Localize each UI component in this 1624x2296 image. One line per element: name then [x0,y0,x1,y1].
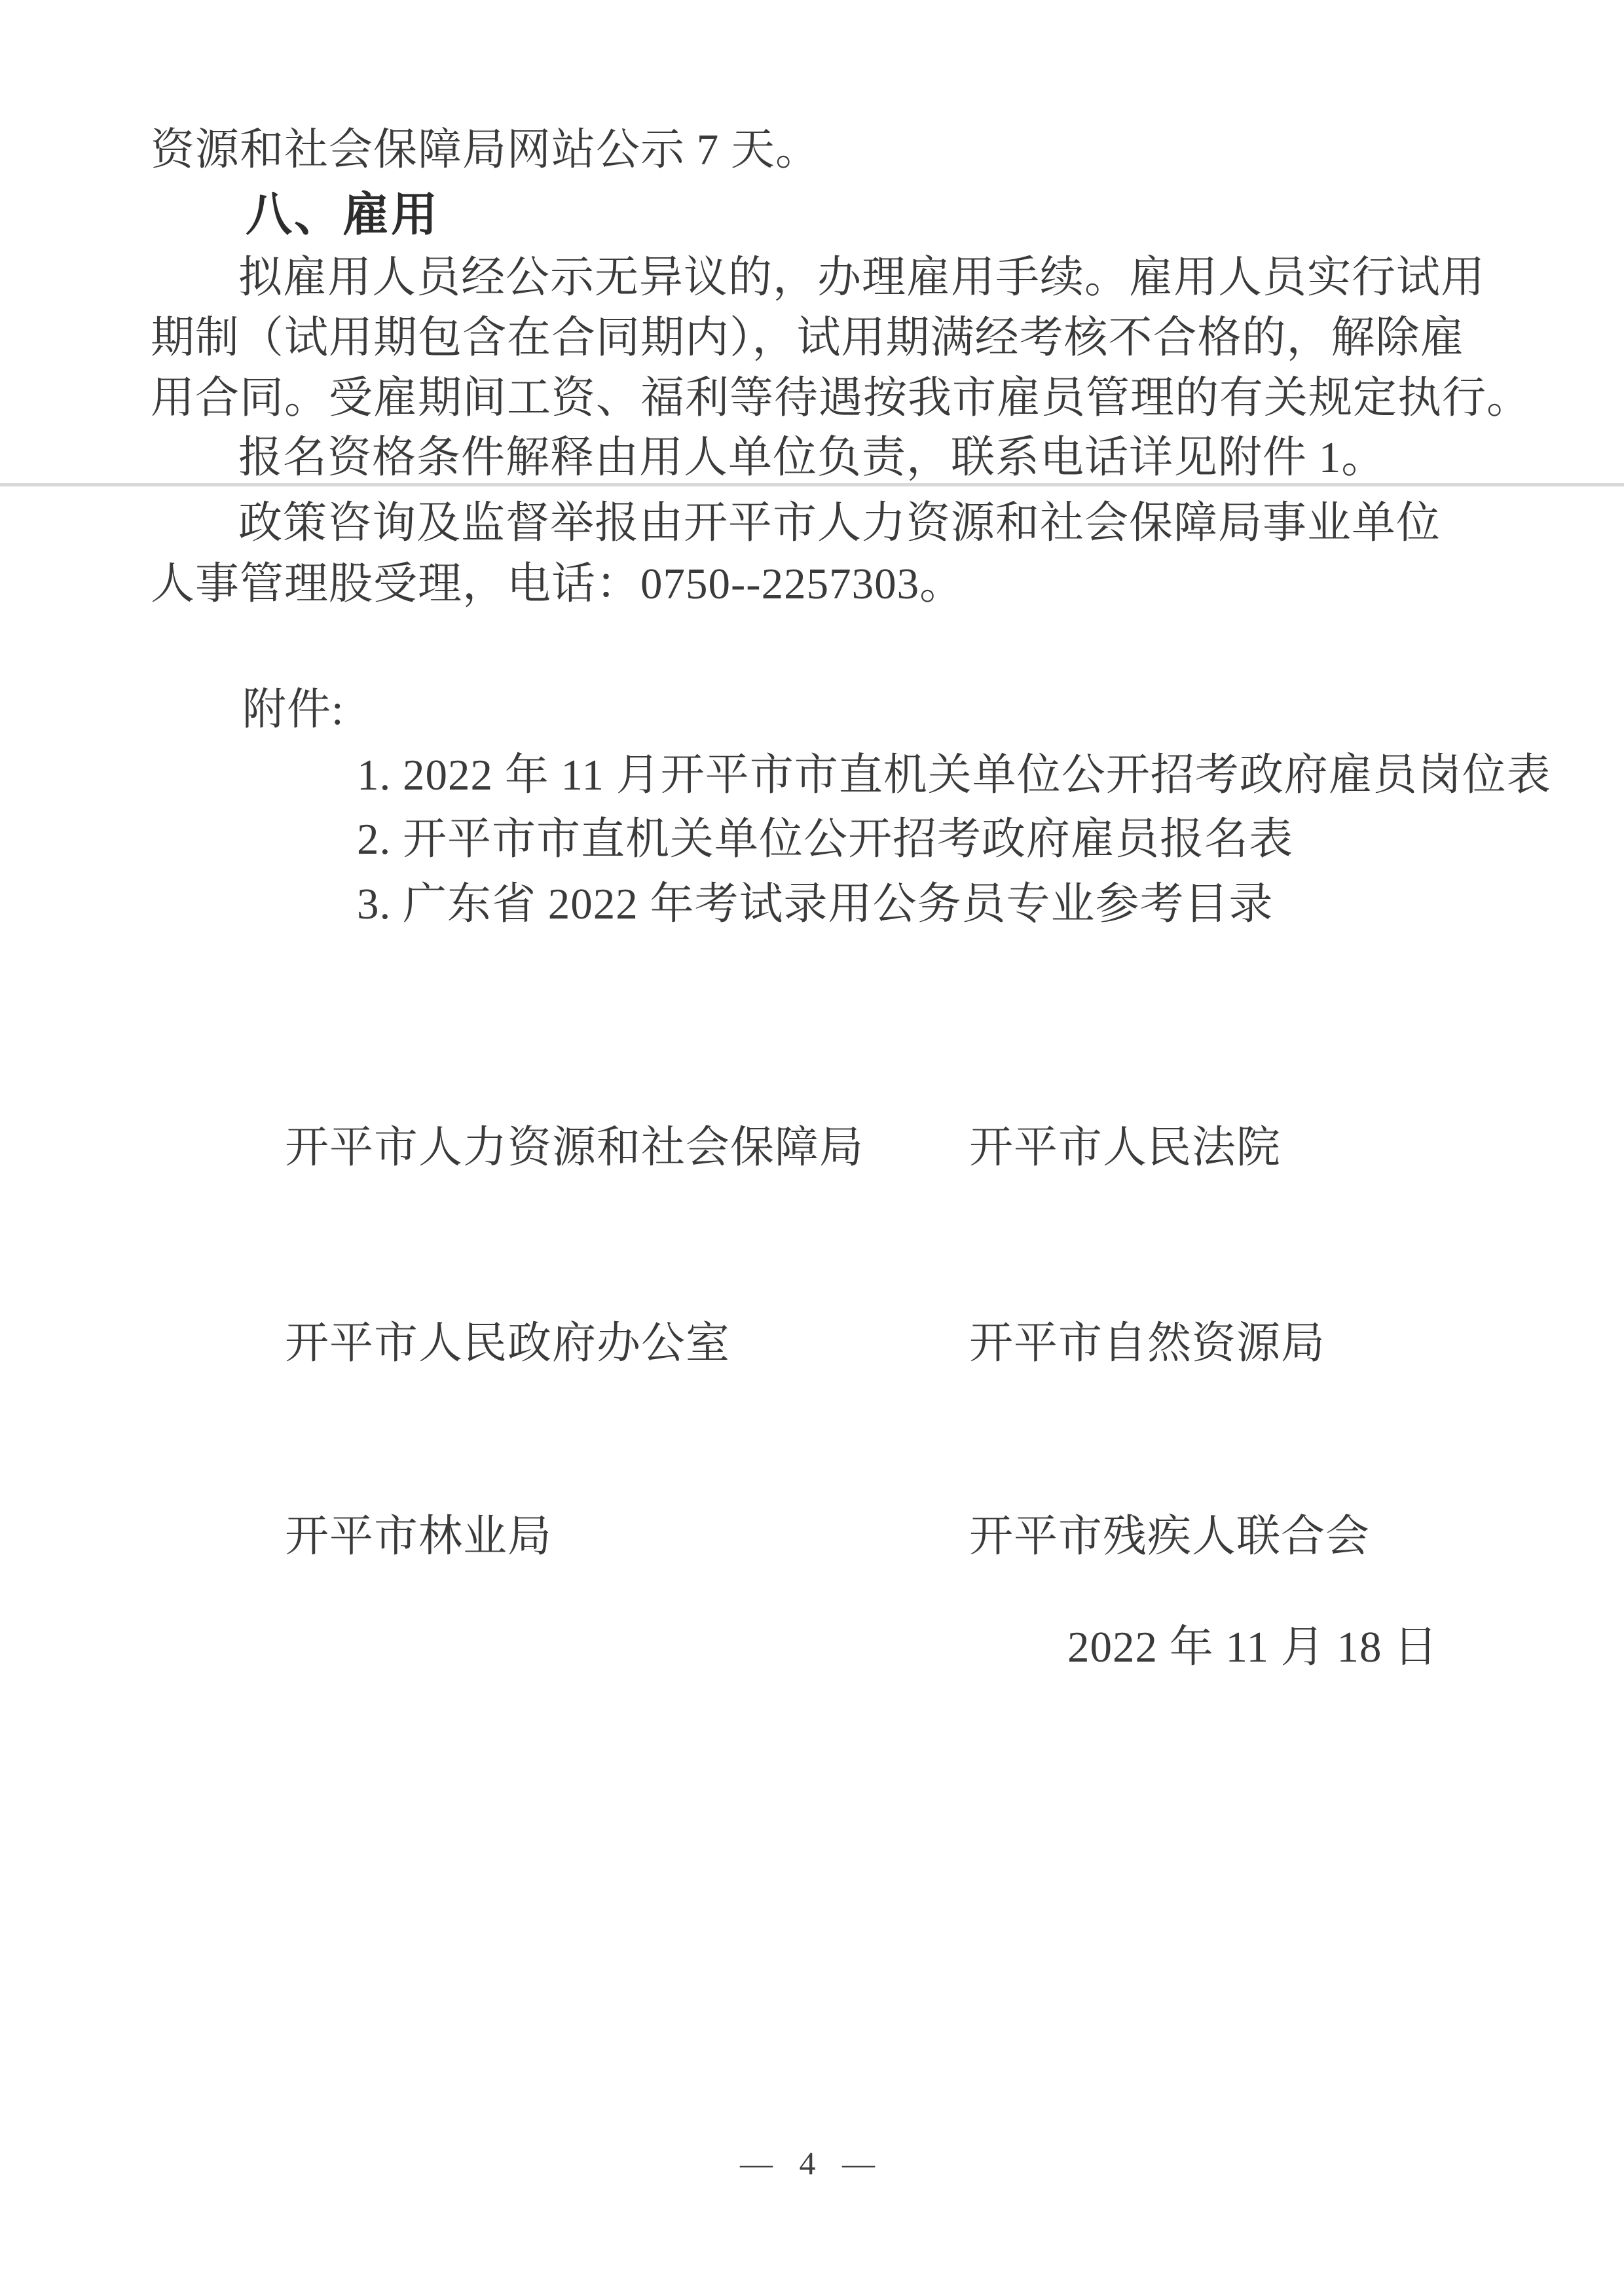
page-number: — 4 — [0,2147,1624,2179]
signature-org-natural-resources-bureau: 开平市自然资源局 [969,1322,1325,1366]
attachment-item-1: 1. 2022 年 11 月开平市市直机关单位公开招考政府雇员岗位表 [357,754,1551,797]
document-page: 资源和社会保障局网站公示 7 天。 八、雇用 拟雇用人员经公示无异议的，办理雇用… [0,0,1624,2296]
employment-paragraph-line-3: 用合同。受雇期间工资、福利等待遇按我市雇员管理的有关规定执行。 [151,376,1531,420]
policy-paragraph-line-2: 人事管理股受理，电话：0750--2257303。 [151,562,964,606]
signature-org-disabled-persons-federation: 开平市残疾人联合会 [969,1515,1370,1559]
signature-org-peoples-court: 开平市人民法院 [969,1126,1281,1170]
scan-artifact-line [0,483,1624,486]
signature-org-government-office: 开平市人民政府办公室 [285,1322,730,1366]
attachment-item-2: 2. 开平市市直机关单位公开招考政府雇员报名表 [357,818,1293,862]
attachment-item-3: 3. 广东省 2022 年考试录用公务员专业参考目录 [357,883,1274,926]
qualification-paragraph: 报名资格条件解释由用人单位负责，联系电话详见附件 1。 [151,436,1386,480]
document-date: 2022 年 11 月 18 日 [1067,1626,1438,1669]
employment-paragraph-line-2: 期制（试用期包含在合同期内），试用期满经考核不合格的，解除雇 [151,316,1465,360]
section-heading: 八、雇用 [246,192,439,239]
attachments-label: 附件: [242,688,344,732]
policy-paragraph-line-1: 政策咨询及监督举报由开平市人力资源和社会保障局事业单位 [151,501,1441,545]
employment-paragraph-line-1: 拟雇用人员经公示无异议的，办理雇用手续。雇用人员实行试用 [151,256,1485,300]
continuation-line: 资源和社会保障局网站公示 7 天。 [151,128,820,172]
signature-org-hrss-bureau: 开平市人力资源和社会保障局 [285,1126,864,1170]
signature-org-forestry-bureau: 开平市林业局 [285,1515,552,1559]
